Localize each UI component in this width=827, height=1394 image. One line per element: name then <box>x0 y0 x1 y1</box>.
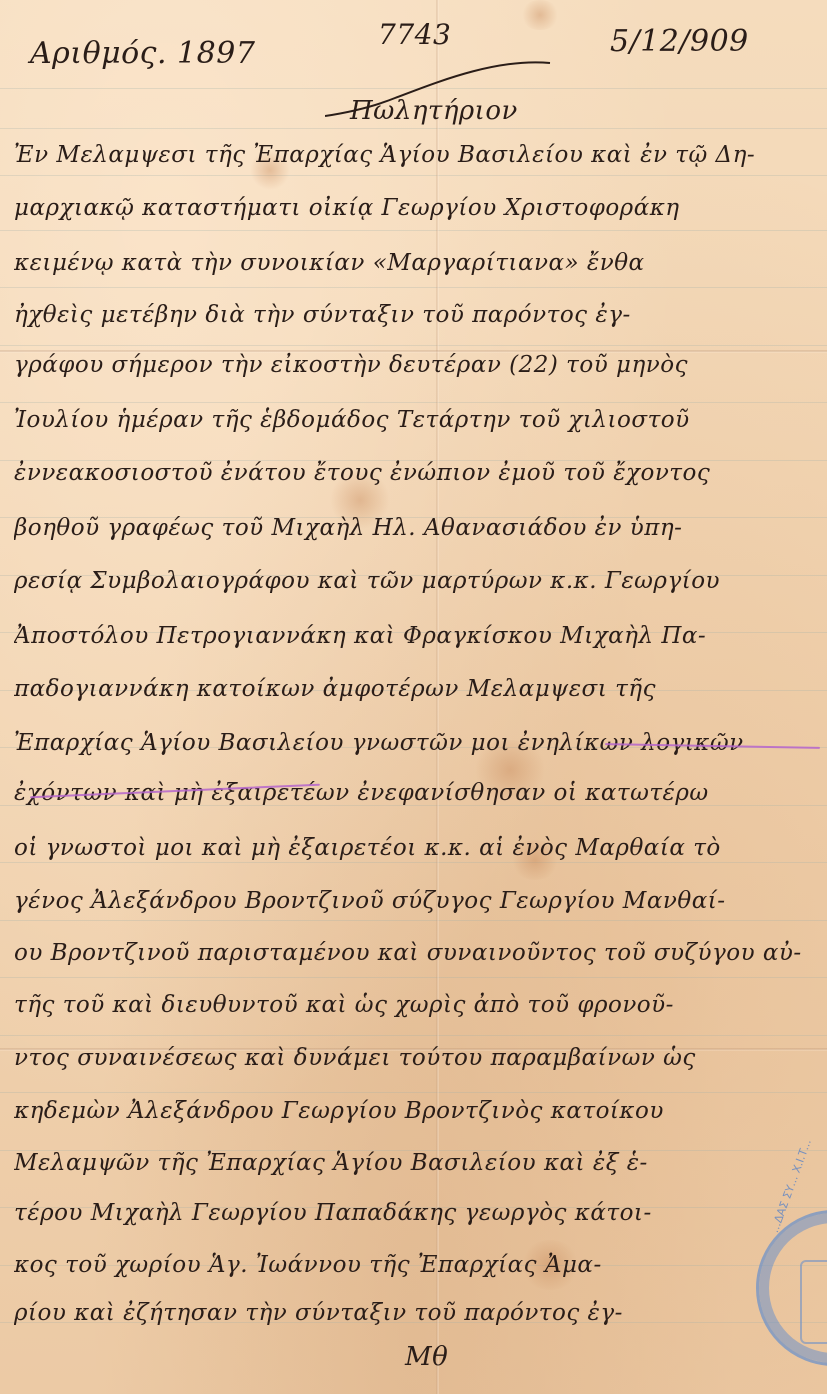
ruled-line <box>0 920 827 921</box>
paper-stain <box>520 0 560 30</box>
body-line: παδογιαννάκη κατοίκων ἀμφοτέρων Μελαμψεσ… <box>14 676 814 702</box>
stamp-emblem-icon <box>800 1260 827 1344</box>
body-line: Μελαμψῶν τῆς Ἐπαρχίας Ἁγίου Βασιλείου κα… <box>14 1150 814 1176</box>
body-line: Ἐν Μελαμψεσι τῆς Ἐπαρχίας Ἁγίου Βασιλείο… <box>14 142 814 168</box>
body-line: ἐννεακοσιοστοῦ ἐνάτου ἔτους ἐνώπιον ἐμοῦ… <box>14 460 814 486</box>
document-title: Πωλητήριον <box>350 96 518 126</box>
ruled-line <box>0 402 827 403</box>
body-line: βοηθοῦ γραφέως τοῦ Μιχαὴλ Ηλ. Αθανασιάδο… <box>14 515 814 541</box>
body-line: Ἰουλίου ἡμέραν τῆς ἑβδομάδος Τετάρτην το… <box>14 407 814 433</box>
body-line: κειμένῳ κατὰ τὴν συνοικίαν «Μαργαρίτιανα… <box>14 250 814 276</box>
document-page: Αριθμός. 1897 7743 5/12/909 Πωλητήριον Ἐ… <box>0 0 827 1394</box>
ruled-line <box>0 977 827 978</box>
ruled-line <box>0 230 827 231</box>
body-line: ντος συναινέσεως καὶ δυνάμει τούτου παρα… <box>14 1045 814 1071</box>
body-line: κηδεμὼν Ἀλεξάνδρου Γεωργίου Βροντζινὸς κ… <box>14 1098 814 1124</box>
ruled-line <box>0 1092 827 1093</box>
ruled-line <box>0 345 827 346</box>
ruled-line <box>0 128 827 129</box>
signature: Μθ <box>405 1342 448 1372</box>
body-line: οἱ γνωστοὶ μοι καὶ μὴ ἐξαιρετέοι κ.κ. αἱ… <box>14 835 814 861</box>
body-line: γένος Ἀλεξάνδρου Βροντζινοῦ σύζυγος Γεωρ… <box>14 888 814 914</box>
body-line: μαρχιακῷ καταστήματι οἰκίᾳ Γεωργίου Χρισ… <box>14 195 814 221</box>
ruled-line <box>0 175 827 176</box>
body-line: κος τοῦ χωρίου Ἁγ. Ἰωάννου τῆς Ἐπαρχίας … <box>14 1252 814 1278</box>
ruled-line <box>0 1035 827 1036</box>
body-line: Ἀποστόλου Πετρογιαννάκη καὶ Φραγκίσκου Μ… <box>14 623 814 649</box>
document-number: Αριθμός. 1897 <box>30 36 255 71</box>
reference-number: 7743 <box>378 18 451 51</box>
body-line: τέρου Μιχαὴλ Γεωργίου Παπαδάκης γεωργὸς … <box>14 1200 814 1226</box>
body-line: ρεσίᾳ Συμβολαιογράφου καὶ τῶν μαρτύρων κ… <box>14 568 814 594</box>
ruled-line <box>0 862 827 863</box>
document-date: 5/12/909 <box>610 24 749 59</box>
body-line: γράφου σήμερον τὴν εἰκοστὴν δευτέραν (22… <box>14 352 814 378</box>
body-line: ου Βροντζινοῦ παρισταμένου καὶ συναινοῦν… <box>14 940 814 966</box>
body-line: ρίου καὶ ἐζήτησαν τὴν σύνταξιν τοῦ παρόν… <box>14 1300 814 1326</box>
body-line: ἠχθεὶς μετέβην διὰ τὴν σύνταξιν τοῦ παρό… <box>14 302 814 328</box>
body-line: Ἐπαρχίας Ἁγίου Βασιλείου γνωστῶν μοι ἐνη… <box>14 730 814 756</box>
body-line: τῆς τοῦ καὶ διευθυντοῦ καὶ ὡς χωρὶς ἀπὸ … <box>14 992 814 1018</box>
ruled-line <box>0 287 827 288</box>
